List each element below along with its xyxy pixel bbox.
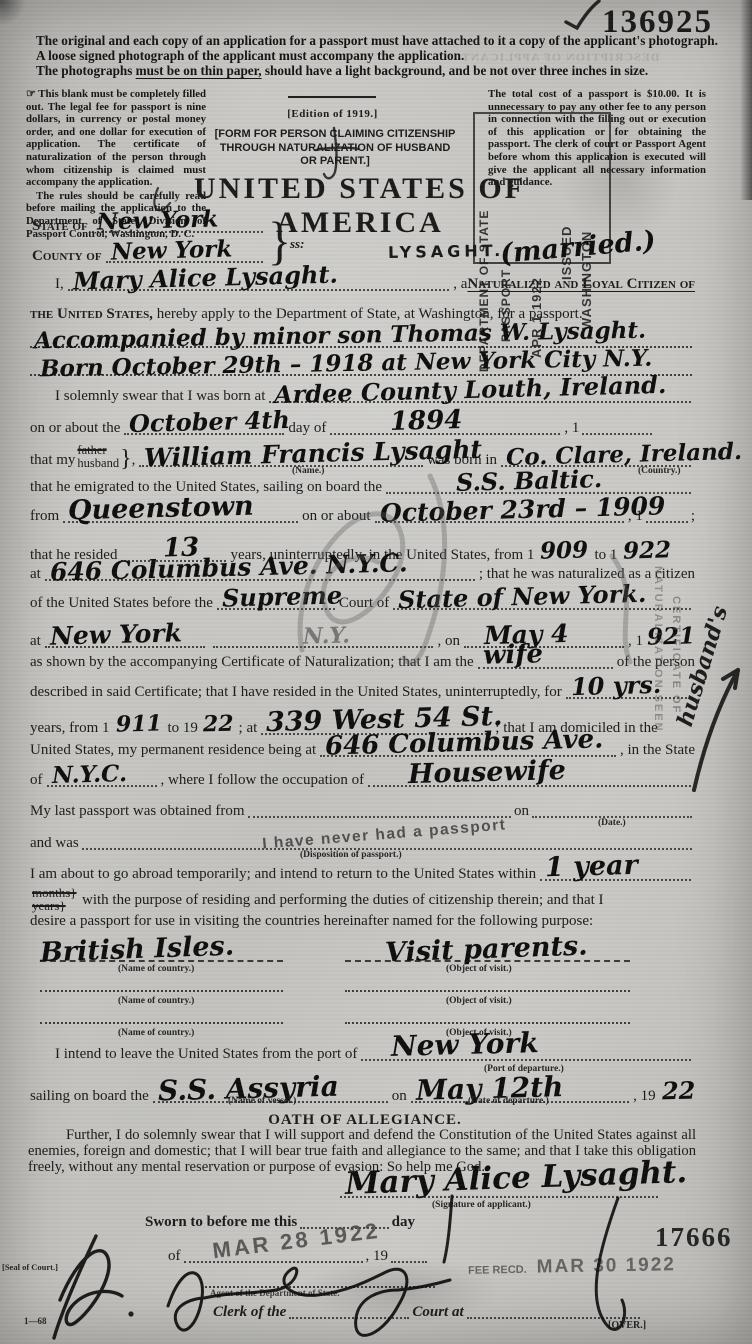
birthplace-field: Ardee County Louth, Ireland. — [269, 396, 691, 403]
state-field: New York — [92, 226, 263, 233]
applicant-name-field: Mary Alice Lysaght. — [68, 284, 449, 291]
ss-label: ss: — [290, 236, 304, 252]
last-passport-line: My last passport was obtained from on — [30, 803, 695, 820]
agent-caption: Agent of the Department of State. — [210, 1288, 339, 1298]
from-year2: 911 — [115, 711, 162, 737]
county-label: County of — [32, 248, 102, 265]
form-number: 1—68 — [24, 1316, 47, 1326]
clerk-line: Clerk of the Court at — [213, 1304, 643, 1321]
departure-year: 22 — [661, 1078, 695, 1106]
agent-signature-line — [205, 1268, 435, 1288]
birthplace-line: I solemnly swear that I was born at Arde… — [55, 388, 695, 405]
i-label: I, — [55, 276, 64, 293]
scan-edge-right — [740, 0, 752, 200]
occupation-field: Housewife — [368, 780, 691, 787]
state-value: New York — [96, 206, 218, 235]
name-caption: (Name.) — [292, 466, 324, 476]
passport-application-scan: DESCRIPTION OF APPLICANT 136925 The orig… — [0, 0, 752, 1344]
country-caption-3: (Name of country.) — [118, 1028, 194, 1038]
center-rule — [288, 96, 376, 98]
parent-brace: } — [120, 449, 132, 469]
notice-line-1: The original and each copy of an applica… — [36, 33, 718, 49]
husband-option: husband — [77, 457, 119, 470]
country-row-3 — [40, 1000, 283, 1024]
father-husband-choice: father husband — [77, 444, 119, 469]
object-row-1: Visit parents. — [345, 934, 630, 962]
court-line: of the United States before the Supreme … — [30, 595, 695, 612]
state-label: State of — [32, 218, 88, 235]
domicile-line: United States, my permanent residence be… — [30, 742, 695, 759]
county-value: New York — [110, 236, 232, 265]
relative-name-field: William Francis Lysaght — [139, 460, 423, 467]
accompanied-line-1: Accompanied by minor son Thomas W. Lysag… — [30, 322, 692, 348]
check-mark — [566, 1, 599, 28]
certificate-line: as shown by the accompanying Certificate… — [30, 654, 695, 671]
from-year-value: 909 — [540, 537, 589, 564]
court-city-field: New York — [45, 641, 205, 648]
birthdate-line: on or about the October 4th day of 1894 … — [30, 420, 695, 437]
state-line: State of New York — [32, 218, 267, 235]
emigration-port-line: from Queenstown on or about October 23rd… — [30, 508, 695, 525]
edition-label: [Edition of 1919.] — [240, 108, 425, 120]
country-caption: (Country.) — [638, 466, 681, 476]
serial-number-bottom: 17666 — [655, 1222, 733, 1253]
sail-date-field: October 23rd – 1909 — [375, 516, 624, 523]
birthyear-field: 1894 — [330, 428, 560, 435]
occupation-line: of N.Y.C. , where I follow the occupatio… — [30, 772, 695, 789]
purpose-line-2: desire a passport for use in visiting th… — [30, 913, 593, 930]
notice-line-2: A loose signed photograph of the applica… — [36, 48, 464, 64]
years-option-struck: years} — [32, 899, 77, 912]
purpose-line-1: with the purpose of residing and perform… — [82, 892, 604, 909]
departure-date-caption: (Date of departure.) — [468, 1096, 549, 1106]
date-caption: (Date.) — [598, 818, 626, 828]
departure-vessel-line: sailing on board the S.S. Assyria on May… — [30, 1078, 695, 1105]
fee-received-stamp: FEE RECD.MAR 30 1922 — [468, 1254, 676, 1280]
father-option-struck: father — [77, 444, 119, 457]
country-row-2 — [40, 968, 283, 992]
permanent-address-field: 646 Columbus Ave. — [320, 750, 616, 757]
departure-port-field: New York — [361, 1054, 691, 1061]
notice-line-3: The photographs must be on thin paper, s… — [36, 63, 648, 79]
to-year-value: 922 — [623, 537, 672, 564]
over-label: [OVER.] — [608, 1320, 646, 1331]
signature-caption: (Signature of applicant.) — [432, 1200, 531, 1210]
departure-port-line: I intend to leave the United States from… — [55, 1046, 695, 1063]
disposition-caption: (Disposition of passport.) — [300, 850, 402, 860]
vessel-caption: (Name of vessel.) — [228, 1096, 296, 1106]
country-row-1: British Isles. — [40, 934, 283, 962]
court-state-field: State of New York. — [393, 603, 691, 610]
seal-flourish — [54, 1236, 134, 1338]
applicant-name: Mary Alice Lysaght. — [72, 261, 337, 295]
of-line: of , 19 — [168, 1248, 430, 1265]
birthdate-field: October 4th — [124, 428, 284, 435]
surname-annotation: LYSAGHT. — [388, 241, 505, 262]
months-years-choice: months} years} — [32, 886, 77, 912]
applicant-line: I, Mary Alice Lysaght. , a Naturalized a… — [55, 276, 695, 293]
scan-edge-corner — [0, 0, 26, 26]
citizen-phrase: Naturalized and Loyal Citizen of — [467, 276, 695, 293]
form-title: [FORM FOR PERSON CLAIMING CITIZENSHIP TH… — [212, 128, 458, 169]
to-year2: 22 — [203, 712, 234, 737]
relation-field: wife — [478, 662, 613, 669]
domicile-state-field: N.Y.C. — [47, 780, 157, 787]
object-row-3 — [345, 1000, 630, 1024]
described-line: described in said Certificate; that I ha… — [30, 684, 695, 701]
court-city2-field: N.Y. — [213, 641, 434, 648]
seal-of-court-label: [Seal of Court.] — [2, 1262, 58, 1272]
residence-address-field: 646 Columbus Ave. N.Y.C. — [45, 574, 475, 581]
object-row-2 — [345, 968, 630, 992]
return-duration-field: 1 year — [540, 874, 691, 881]
court-name-field: Supreme — [217, 603, 335, 610]
from-port-field: Queenstown — [63, 516, 298, 523]
court-location-line: at New York N.Y. , on May 4 , 1 921 — [30, 624, 695, 650]
return-line: I am about to go abroad temporarily; and… — [30, 866, 695, 883]
signature-line — [340, 1176, 658, 1198]
